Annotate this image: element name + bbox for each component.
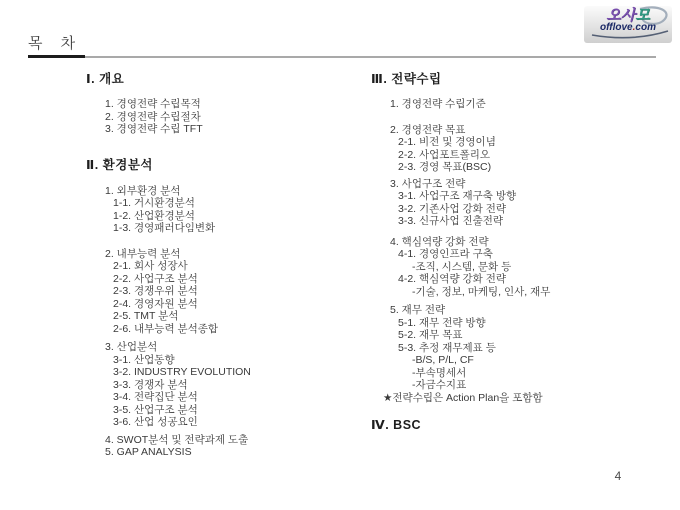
toc-item: 3-2. INDUSTRY EVOLUTION xyxy=(86,366,371,379)
toc-item: 3. 경영전략 수립 TFT xyxy=(86,123,371,136)
toc-item: 3-3. 신규사업 진출전략 xyxy=(371,215,671,228)
page-title: 목 차 xyxy=(28,35,82,53)
toc-item: 2-1. 비전 및 경영이념 xyxy=(371,136,671,149)
toc-item: 5-1. 재무 전략 방향 xyxy=(371,317,671,330)
toc-item: -B/S, P/L, CF xyxy=(371,354,671,367)
toc-item: 4. 핵심역량 강화 전략 xyxy=(371,236,671,249)
toc-item: 2-3. 경영 목표(BSC) xyxy=(371,161,671,174)
toc-item: 2-4. 경영자원 분석 xyxy=(86,298,371,311)
toc-item: 1. 경영전략 수립목적 xyxy=(86,98,371,111)
slide: 목 차 오사모 offlove.com Ⅰ. 개요1. 경영전략 수립목적2. … xyxy=(0,0,680,510)
toc-item: -부속명세서 xyxy=(371,367,671,380)
toc-item: 2-2. 사업포트폴리오 xyxy=(371,149,671,162)
toc-item: 1. 외부환경 분석 xyxy=(86,185,371,198)
toc-item: 4-1. 경영인프라 구축 xyxy=(371,248,671,261)
toc-item: 1. 경영전략 수립기준 xyxy=(371,98,671,111)
toc-item: 3-4. 전략집단 분석 xyxy=(86,391,371,404)
toc-item: 1-2. 산업환경분석 xyxy=(86,210,371,223)
toc-item: 2-2. 사업구조 분석 xyxy=(86,273,371,286)
toc-item: 3-5. 산업구조 분석 xyxy=(86,404,371,417)
toc-item: 5. 재무 전략 xyxy=(371,304,671,317)
toc-item: 2. 경영전략 수립절차 xyxy=(86,111,371,124)
toc-item: 2. 내부능력 분석 xyxy=(86,248,371,261)
toc-item: 3. 사업구조 전략 xyxy=(371,178,671,191)
toc-item: 1-1. 거시환경분석 xyxy=(86,197,371,210)
toc-section-heading: Ⅲ. 전략수립 xyxy=(371,72,671,87)
toc-item: 3-1. 사업구조 재구축 방향 xyxy=(371,190,671,203)
toc-item: 3-1. 산업동향 xyxy=(86,354,371,367)
toc-section-heading: Ⅱ. 환경분석 xyxy=(86,158,371,173)
toc-item: 2-1. 회사 성장사 xyxy=(86,260,371,273)
toc-item: 3-3. 경쟁자 분석 xyxy=(86,379,371,392)
toc-item: 5-2. 재무 목표 xyxy=(371,329,671,342)
toc-section-heading: Ⅳ. BSC xyxy=(371,418,671,433)
toc-item: 5-3. 추정 재무제표 등 xyxy=(371,342,671,355)
toc-item: ★전략수립은 Action Plan을 포함함 xyxy=(371,392,671,405)
header-divider-accent xyxy=(28,55,85,58)
header-divider xyxy=(28,56,656,58)
toc-left-column: Ⅰ. 개요1. 경영전략 수립목적2. 경영전략 수립절차3. 경영전략 수립 … xyxy=(86,72,371,459)
toc-item: -기술, 정보, 마케팅, 인사, 재무 xyxy=(371,286,671,299)
logo-domain-text: offlove.com xyxy=(584,22,672,33)
toc-item: 2-3. 경쟁우위 분석 xyxy=(86,285,371,298)
toc-item: 4. SWOT분석 및 전략과제 도출 xyxy=(86,434,371,447)
toc-item: 1-3. 경영패러다임변화 xyxy=(86,222,371,235)
site-logo: 오사모 offlove.com xyxy=(584,6,672,43)
toc-item: 2-5. TMT 분석 xyxy=(86,310,371,323)
toc-item: 3-2. 기존사업 강화 전략 xyxy=(371,203,671,216)
toc-item: -조직, 시스템, 문화 등 xyxy=(371,261,671,274)
toc-item: -자금수지표 xyxy=(371,379,671,392)
toc-item: 2. 경영전략 목표 xyxy=(371,124,671,137)
logo-tld: com xyxy=(635,22,656,33)
toc-item: 3. 산업분석 xyxy=(86,341,371,354)
toc-item: 3-6. 산업 성공요인 xyxy=(86,416,371,429)
toc-section-heading: Ⅰ. 개요 xyxy=(86,72,371,87)
page-number: 4 xyxy=(610,469,626,483)
toc-right-column: Ⅲ. 전략수립1. 경영전략 수립기준2. 경영전략 목표2-1. 비전 및 경… xyxy=(371,72,671,433)
toc-item: 2-6. 내부능력 분석종합 xyxy=(86,323,371,336)
logo-domain: offlove xyxy=(600,22,633,33)
toc-item: 4-2. 핵심역량 강화 전략 xyxy=(371,273,671,286)
toc-item: 5. GAP ANALYSIS xyxy=(86,446,371,459)
